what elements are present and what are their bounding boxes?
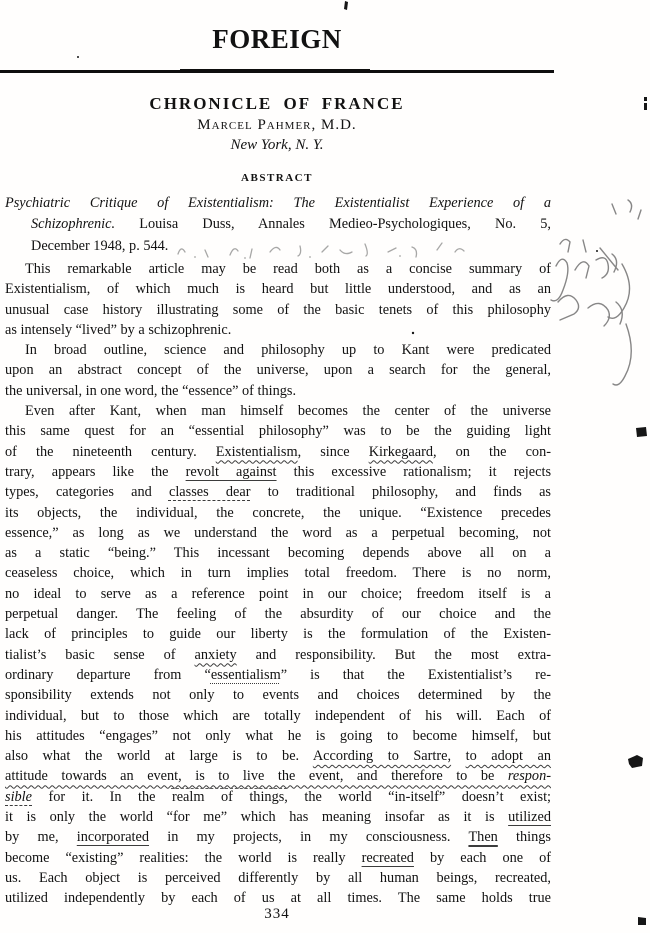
text-line: sponsibility extends not only to events … [5,685,551,705]
pencil-marked-text: Then [468,829,497,845]
text-segment: for it. In the [32,789,172,805]
pencil-marked-text: classes dear [169,484,251,500]
text-line: essence,” as long as we understand the w… [5,523,551,543]
text-segment: This remarkable article may be read both… [25,261,551,277]
text-line: perpetual danger. The feeling of the abs… [5,604,551,624]
text-segment: Psychiatric Critique of Existentialism: … [5,195,551,211]
text-segment: also what the world at large is to be. [5,748,313,764]
text-line: ordinary departure from “essentialism” i… [5,665,551,685]
text-line: of the nineteenth century. Existentialis… [5,442,551,462]
text-line: as a static “being.” This incessant beco… [5,543,551,563]
text-segment: this same quest for an “essential philos… [5,423,551,439]
text-segment: , since [298,444,369,460]
text-line: This remarkable article may be read both… [5,259,551,279]
text-segment: to traditional philosophy, and finds as [251,484,551,500]
text-line: Schizophrenic. Louisa Duss, Annales Medi… [5,214,551,235]
pencil-marked-text: respon- [508,768,551,784]
text-segment: essence,” as long as we understand the w… [5,525,551,541]
text-line: December 1948, p. 544. [5,236,551,257]
citation-block: Psychiatric Critique of Existentialism: … [5,193,551,257]
text-segment: Schizophrenic. [31,216,115,232]
text-segment: it is only the world “for me” which has … [5,809,508,825]
text-line: us. Each object is perceived differently… [5,868,551,888]
text-line: his attitudes “engages” not only what he… [5,726,551,746]
text-segment: Even after Kant, when man himself become… [25,403,551,419]
text-line: as intensely “lived” by a schizophrenic. [5,320,551,340]
text-segment: Existentialism, of which much is heard b… [5,281,551,297]
text-line: individual, but to those which are total… [5,706,551,726]
text-segment: the world “in-itself” doesn’t exist; [288,789,551,805]
pencil-marked-text: utilized [508,809,551,825]
article-title: CHRONICLE OF FRANCE [0,94,554,114]
text-line: the universal, in one word, the “essence… [5,381,551,401]
pencil-marked-text: essentialism [211,667,281,683]
pencil-marked-text: to adopt an [466,748,551,764]
text-segment: the universal, in one word, the “essence… [5,383,296,399]
abstract-body-text: This remarkable article may be read both… [5,259,551,909]
text-segment: tialist’s basic sense of [5,647,195,663]
text-segment: ” is that the Existentialist’s re- [281,667,551,683]
text-segment: , on the con- [433,444,551,460]
text-segment: utilized independently by each of us at … [5,890,551,906]
text-line: lack of principles to guide our liberty … [5,624,551,644]
text-segment: things [498,829,551,845]
header-rule [0,70,554,73]
author-location: New York, N. Y. [0,137,554,154]
text-line: it is only the world “for me” which has … [5,807,551,827]
text-line: this same quest for an “essential philos… [5,421,551,441]
text-line: become “existing” realities: the world i… [5,848,551,868]
author-byline: Marcel Pahmer, M.D. [0,117,554,134]
text-segment: December 1948, p. 544. [31,238,168,254]
text-segment: become “existing” realities: the world i… [5,850,362,866]
text-segment: this excessive rationalism; it rejects [277,464,551,480]
text-segment: In broad outline, science and philosophy… [25,342,551,358]
text-segment: individual, but to those which are total… [5,708,551,724]
text-segment: as intensely “lived” by a schizophrenic. [5,322,231,338]
text-line: Existentialism, of which much is heard b… [5,279,551,299]
text-segment: perpetual danger. The feeling of the abs… [5,606,551,622]
text-line: no ideal to serve as a reference point i… [5,584,551,604]
text-segment: lack of principles to guide our liberty … [5,626,551,642]
text-line: attitude towards an event, is to live th… [5,766,551,786]
text-segment: its objects, the individual, the concret… [5,505,551,521]
pencil-marked-text: revolt against [186,464,277,480]
text-line: unusual case history illustrating some o… [5,300,551,320]
text-line: its objects, the individual, the concret… [5,503,551,523]
text-segment: in my projects, in my consciousness. [149,829,468,845]
text-segment: ordinary departure from “ [5,667,211,683]
scanned-journal-page: FOREIGN CHRONICLE OF FRANCE Marcel Pahme… [0,0,650,933]
text-segment: unusual case history illustrating some o… [5,302,551,318]
text-line: Psychiatric Critique of Existentialism: … [5,193,551,214]
text-line: ceaseless choice, which in turn implies … [5,563,551,583]
text-segment [451,748,466,764]
text-segment: his attitudes “engages” not only what he… [5,728,551,744]
pencil-marked-text: Existentialism [216,444,298,460]
handwritten-scribble-margin [551,200,641,385]
text-segment: and responsibility. But the most extra- [237,647,551,663]
text-line: types, categories and classes dear to tr… [5,482,551,502]
pencil-marked-text: recreated [362,850,414,866]
text-segment: no ideal to serve as a reference point i… [5,586,551,602]
text-segment: of the nineteenth century. [5,444,216,460]
text-segment: by each one of [414,850,551,866]
text-line: also what the world at large is to be. A… [5,746,551,766]
pencil-marked-text: Kirkegaard [369,444,433,460]
pencil-marked-text: anxiety [195,647,237,663]
text-line: trary, appears like the revolt against t… [5,462,551,482]
pencil-marked-text: realm of things, [172,789,288,805]
section-kicker: FOREIGN [0,24,554,55]
text-line: sible for it. In the realm of things, th… [5,787,551,807]
text-line: by me, incorporated in my projects, in m… [5,827,551,847]
text-segment: ceaseless choice, which in turn implies … [5,565,551,581]
pencil-marked-text: sible [5,789,32,805]
text-line: tialist’s basic sense of anxiety and res… [5,645,551,665]
pencil-marked-text: incorporated [77,829,149,845]
text-line: upon an abstract concept of the universe… [5,360,551,380]
text-segment: Louisa Duss, Annales Medieo-Psychologiqu… [115,216,551,232]
abstract-heading: ABSTRACT [0,172,554,184]
text-line: Even after Kant, when man himself become… [5,401,551,421]
text-segment: by me, [5,829,77,845]
pencil-marked-text: attitude towards an event, is to live th… [5,768,508,784]
text-line: In broad outline, science and philosophy… [5,340,551,360]
text-segment: types, categories and [5,484,169,500]
page-number: 334 [0,906,554,923]
text-segment: as a static “being.” This incessant beco… [5,545,551,561]
pencil-marked-text: According to Sartre, [313,748,451,764]
text-segment: trary, appears like the [5,464,186,480]
text-segment: upon an abstract concept of the universe… [5,362,551,378]
text-segment: us. Each object is perceived differently… [5,870,551,886]
text-segment: sponsibility extends not only to events … [5,687,551,703]
